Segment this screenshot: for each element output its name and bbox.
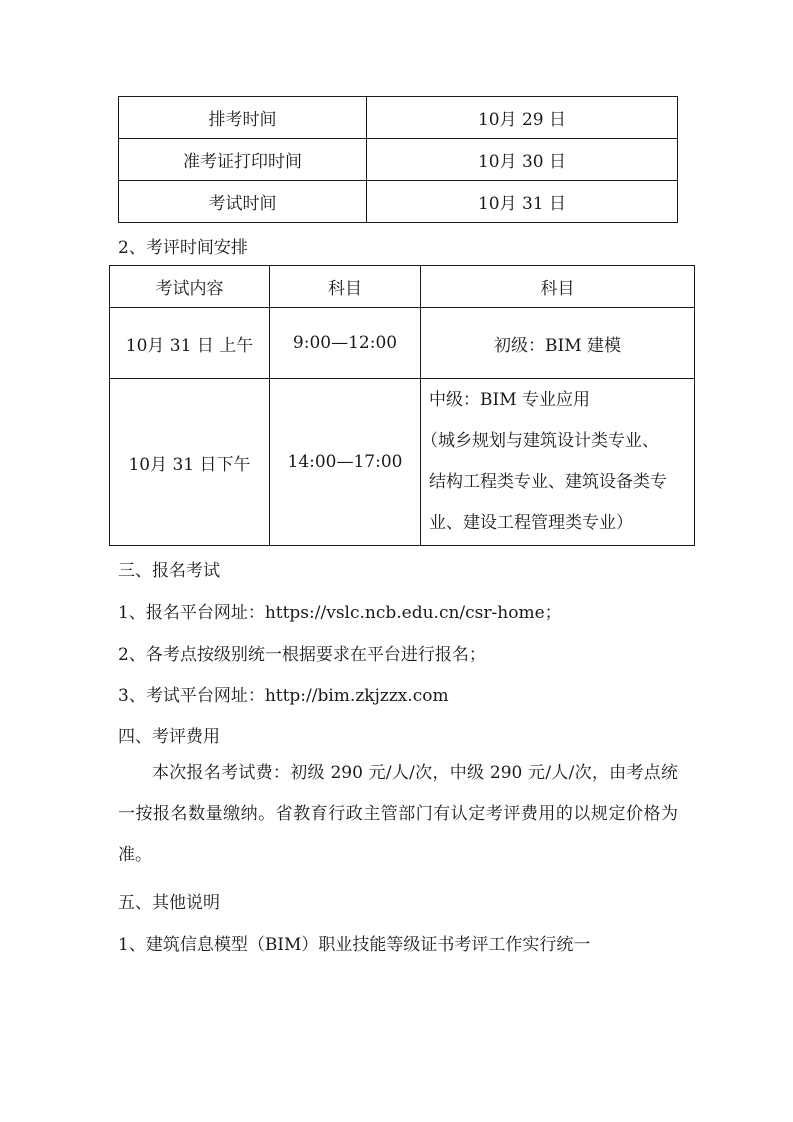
exam-schedule-table: 考试内容 科目 科目 10月 31 日 上午 9:00—12:00 初级：BIM… (109, 265, 695, 546)
schedule-label: 准考证打印时间 (119, 139, 367, 181)
exam-date: 10月 31 日 上午 (110, 308, 270, 379)
table-row: 考试时间 10月 31 日 (119, 181, 678, 223)
schedule-table: 排考时间 10月 29 日 准考证打印时间 10月 30 日 考试时间 10月 … (118, 96, 678, 223)
exam-time: 9:00—12:00 (270, 308, 421, 379)
column-header: 科目 (270, 266, 421, 308)
table-row: 排考时间 10月 29 日 (119, 97, 678, 139)
exam-platform-url-item: 3、考试平台网址：http://bim.zkjzzx.com (118, 681, 449, 706)
schedule-label: 考试时间 (119, 181, 367, 223)
subject-line: 结构工程类专业、建筑设备类专 (429, 462, 694, 503)
section-3-heading: 三、报名考试 (118, 556, 220, 581)
table-row: 10月 31 日下午 14:00—17:00 中级：BIM 专业应用 （城乡规划… (110, 379, 695, 546)
exam-subject: 初级：BIM 建模 (421, 308, 695, 379)
schedule-value: 10月 31 日 (367, 181, 678, 223)
schedule-label: 排考时间 (119, 97, 367, 139)
section-4-heading: 四、考评费用 (118, 722, 220, 747)
column-header: 考试内容 (110, 266, 270, 308)
subject-line: 业、建设工程管理类专业） (429, 503, 694, 544)
registration-url-item: 1、报名平台网址：https://vslc.ncb.edu.cn/csr-hom… (118, 598, 562, 623)
column-header: 科目 (421, 266, 695, 308)
section-5-heading: 五、其他说明 (118, 888, 220, 913)
other-note-item: 1、建筑信息模型（BIM）职业技能等级证书考评工作实行统一 (118, 930, 590, 955)
section-2-heading: 2、考评时间安排 (118, 233, 248, 258)
subject-line: （城乡规划与建筑设计类专业、 (421, 421, 694, 462)
exam-date: 10月 31 日下午 (110, 379, 270, 546)
table-row: 10月 31 日 上午 9:00—12:00 初级：BIM 建模 (110, 308, 695, 379)
fee-paragraph: 本次报名考试费：初级 290 元/人/次，中级 290 元/人/次，由考点统一按… (118, 753, 678, 876)
registration-note-item: 2、各考点按级别统一根据要求在平台进行报名； (118, 640, 486, 665)
exam-time: 14:00—17:00 (270, 379, 421, 546)
subject-line: 中级：BIM 专业应用 (429, 380, 694, 421)
table-row: 准考证打印时间 10月 30 日 (119, 139, 678, 181)
exam-subject: 中级：BIM 专业应用 （城乡规划与建筑设计类专业、 结构工程类专业、建筑设备类… (421, 379, 695, 546)
schedule-value: 10月 30 日 (367, 139, 678, 181)
table-header-row: 考试内容 科目 科目 (110, 266, 695, 308)
schedule-value: 10月 29 日 (367, 97, 678, 139)
